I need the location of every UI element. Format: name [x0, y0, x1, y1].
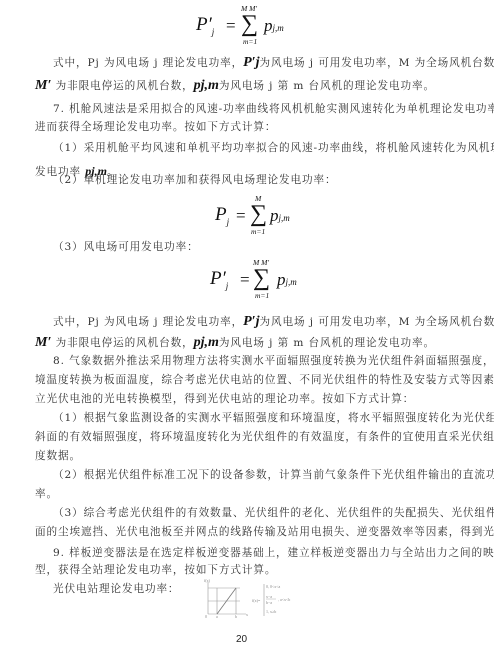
- ramp-graph-icon: f(x) x 0 a b f(x)= 0, 0<x<a x−a b−a , a<…: [200, 578, 310, 620]
- sum-lower-limit: m=1: [251, 227, 265, 236]
- formula-lhs: P′j: [210, 268, 228, 291]
- math-inline: pj,m: [194, 78, 219, 93]
- equals-sign: =: [240, 270, 250, 290]
- para1-line2: M′ 为非限电停运的风机台数，pj,m为风电场 j 第 m 台风机的理论发电功率…: [35, 79, 465, 93]
- section7-line2: 进而获得全场理论发电功率。按如下方式计算：: [35, 120, 465, 134]
- svg-text:f(x)=: f(x)=: [252, 598, 261, 603]
- sigma-symbol: ∑: [250, 202, 267, 226]
- svg-text:x−a: x−a: [266, 594, 272, 599]
- text: 式中，Pj 为风电场 j 理论发电功率，: [53, 316, 243, 328]
- section9-line2: 型，获得全站理论发电功率，按如下方式计算。: [35, 563, 465, 577]
- formula-term: pj,m: [264, 16, 284, 36]
- section7-step2: （2）单机理论发电功率加和获得风电场理论发电功率：: [53, 173, 483, 187]
- graph-y-label: f(x): [204, 578, 211, 583]
- text: 为非限电停运的风机台数，: [56, 80, 194, 92]
- section7-step3: （3）风电场可用发电功率：: [53, 240, 483, 254]
- sigma-symbol: ∑: [253, 266, 270, 290]
- math-inline: P′j: [243, 314, 259, 329]
- svg-text:1, x≥b: 1, x≥b: [266, 609, 276, 615]
- section8-step1-line3: 度数据。: [35, 449, 465, 463]
- sum-lower-limit: m=1: [255, 291, 269, 300]
- section8-line1: 8. 气象数据外推法采用物理方法将实测水平面辐照强度转换为光伏组件斜面辐照强度，…: [53, 354, 483, 368]
- svg-text:, a<x<b: , a<x<b: [278, 597, 290, 603]
- formula-available-power: P′j = M M′ ∑ m=1 pj,m: [196, 4, 316, 46]
- svg-text:a: a: [216, 614, 218, 619]
- text: 为非限电停运的风机台数，: [56, 337, 194, 349]
- document-page: P′j = M M′ ∑ m=1 pj,m 式中，Pj 为风电场 j 理论发电功…: [0, 0, 494, 657]
- svg-text:0, 0<x<a: 0, 0<x<a: [266, 584, 281, 590]
- formula-theoretical-power: Pj = M ∑ m=1 pj,m: [215, 194, 315, 236]
- svg-text:b−a: b−a: [266, 600, 272, 605]
- formula-available-power-2: P′j = M M′ ∑ m=1 pj,m: [210, 258, 330, 300]
- svg-text:b: b: [235, 614, 237, 619]
- section8-step2-line2: 率。: [35, 487, 465, 501]
- sigma-symbol: ∑: [241, 12, 258, 36]
- section8-line3: 立光伏电池的光电转换模型，得到光伏电站的理论功率。按如下方式计算：: [35, 392, 465, 406]
- para2-line1: 式中，Pj 为风电场 j 理论发电功率，P′j为风电场 j 可用发电功率，M 为…: [53, 315, 483, 329]
- text: 式中，Pj 为风电场 j 理论发电功率，: [53, 57, 243, 69]
- text: 为风电场 j 第 m 台风机的理论发电功率。: [219, 337, 435, 349]
- section7-line1: 7. 机舱风速法是采用拟合的风速-功率曲线将风机机舱实测风速转化为单机理论发电功…: [53, 102, 483, 116]
- para2-line2: M′ 为非限电停运的风机台数，pj,m为风电场 j 第 m 台风机的理论发电功率…: [35, 336, 465, 350]
- math-inline: pj,m: [194, 335, 219, 350]
- svg-text:0: 0: [205, 614, 207, 619]
- math-inline: M′: [35, 78, 51, 93]
- formula-term: pj,m: [277, 270, 297, 290]
- section7-step1-line1: （1）采用机舱平均风速和单机平均功率拟合的风速-功率曲线，将机舱风速转化为风机理…: [53, 141, 483, 155]
- math-inline: M′: [35, 335, 51, 350]
- section8-step3-line2: 面的尘埃遮挡、光伏电池板至并网点的线路传输及站用电损失、逆变器效率等因素，得到光…: [35, 525, 465, 539]
- section9-line1: 9. 样板逆变器法是在选定样板逆变器基础上，建立样板逆变器出力与全站出力之间的映…: [53, 546, 483, 560]
- formula-lhs: Pj: [215, 204, 229, 227]
- section8-line2: 境温度转换为板面温度，综合考虑光伏电站的位置、不同光伏组件的特性及安装方式等因素…: [35, 373, 465, 387]
- equals-sign: =: [226, 16, 236, 36]
- text: 为风电场 j 第 m 台风机的理论发电功率。: [219, 80, 435, 92]
- para1-line1: 式中，Pj 为风电场 j 理论发电功率，P′j为风电场 j 可用发电功率，M 为…: [53, 56, 483, 70]
- formula-lhs: P′j: [196, 14, 214, 37]
- piecewise-function-figure: f(x) x 0 a b f(x)= 0, 0<x<a x−a b−a , a<…: [200, 578, 310, 620]
- equals-sign: =: [236, 206, 246, 226]
- text: 为风电场 j 可用发电功率，M 为全场风机台数，: [260, 316, 494, 328]
- section8-step1-line1: （1）根据气象监测设备的实测水平辐照强度和环境温度，将水平辐照强度转化为光伏组件: [53, 411, 483, 425]
- section8-step3-line1: （3）综合考虑光伏组件的有效数量、光伏组件的老化、光伏组件的失配损失、光伏组件表: [53, 506, 483, 520]
- math-inline: P′j: [243, 55, 259, 70]
- page-number: 20: [236, 634, 247, 645]
- sum-lower-limit: m=1: [243, 37, 257, 46]
- section8-step2-line1: （2）根据光伏组件标准工况下的设备参数，计算当前气象条件下光伏组件输出的直流功: [53, 468, 483, 482]
- svg-text:x: x: [246, 612, 248, 617]
- section8-step1-line2: 斜面的有效辐照强度，将环境温度转化为光伏组件的有效温度，有条件的宜使用直采光伏组…: [35, 430, 465, 444]
- formula-term: pj,m: [270, 206, 290, 226]
- text: 为风电场 j 可用发电功率，M 为全场风机台数，: [260, 57, 494, 69]
